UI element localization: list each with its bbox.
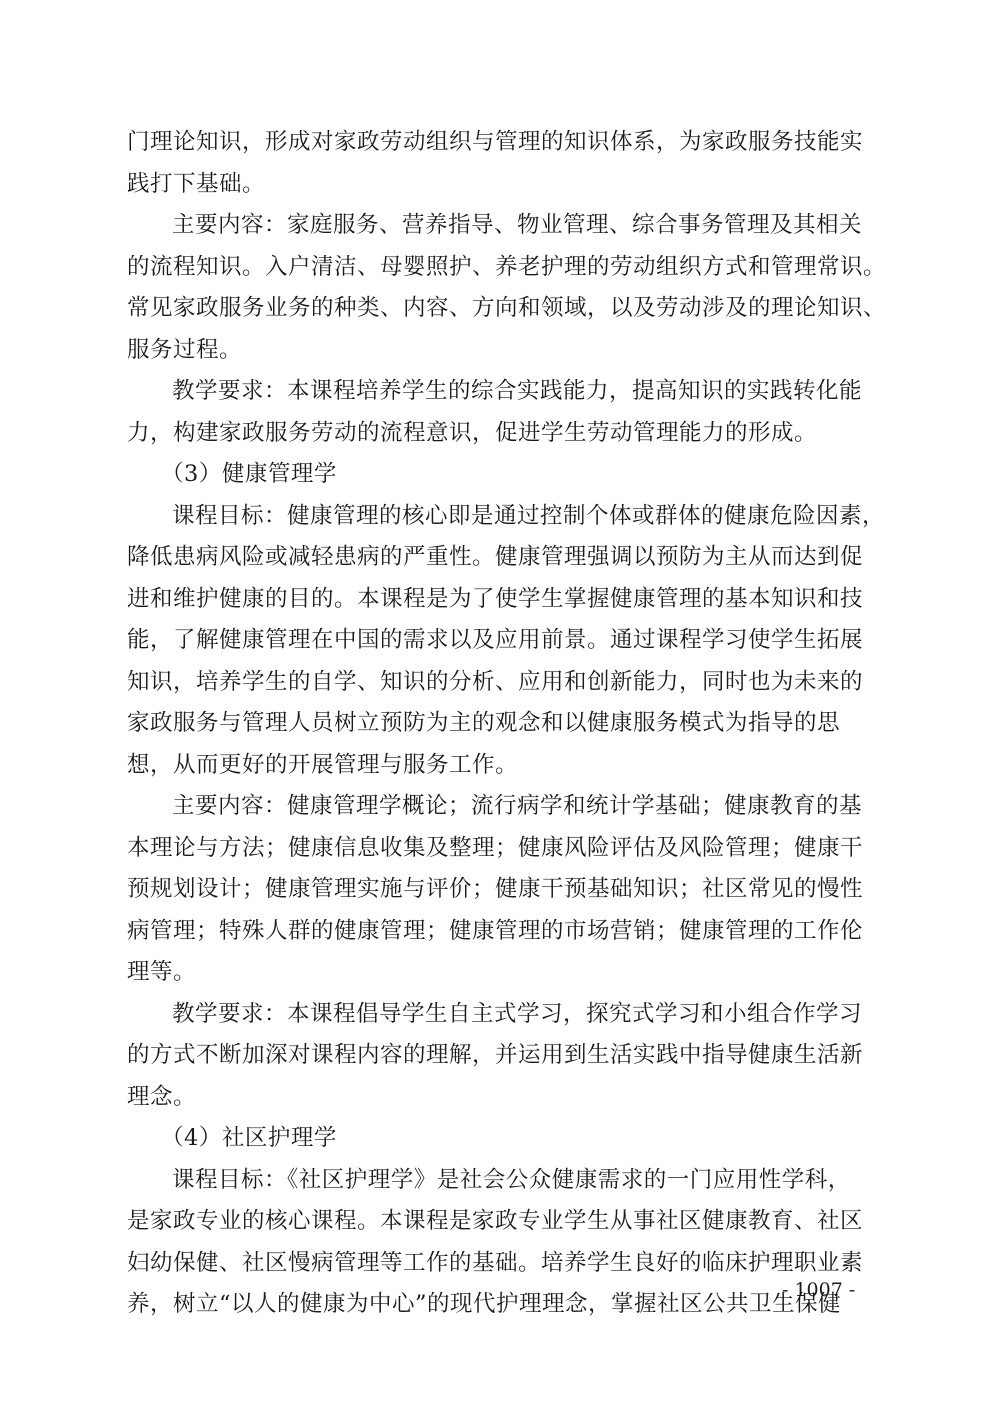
text-line: 知识，培养学生的自学、知识的分析、应用和创新能力，同时也为未来的 <box>127 664 863 700</box>
text-line: 常见家政服务业务的种类、内容、方向和领域，以及劳动涉及的理论知识、 <box>127 290 886 326</box>
text-line: 践打下基础。 <box>127 166 265 202</box>
text-line: 课程目标：健康管理的核心即是通过控制个体或群体的健康危险因素， <box>172 498 885 534</box>
text-line: 理念。 <box>127 1079 196 1115</box>
text-line: 本理论与方法；健康信息收集及整理；健康风险评估及风险管理；健康干 <box>127 830 863 866</box>
text-line: 的流程知识。入户清洁、母婴照护、养老护理的劳动组织方式和管理常识。 <box>127 249 886 285</box>
text-line: 病管理；特殊人群的健康管理；健康管理的市场营销；健康管理的工作伦 <box>127 913 863 949</box>
text-line: 服务过程。 <box>127 332 242 368</box>
text-line: 教学要求：本课程倡导学生自主式学习，探究式学习和小组合作学习 <box>172 996 862 1032</box>
text-line: 是家政专业的核心课程。本课程是家政专业学生从事社区健康教育、社区 <box>127 1203 863 1239</box>
text-line: 课程目标：《社区护理学》是社会公众健康需求的一门应用性学科， <box>172 1162 851 1198</box>
text-line: 降低患病风险或减轻患病的严重性。健康管理强调以预防为主从而达到促 <box>127 539 863 575</box>
text-line: 主要内容：家庭服务、营养指导、物业管理、综合事务管理及其相关 <box>172 207 862 243</box>
text-line: 力，构建家政服务劳动的流程意识，促进学生劳动管理能力的形成。 <box>127 415 817 451</box>
text-line: 理等。 <box>127 954 196 990</box>
text-line: 家政服务与管理人员树立预防为主的观念和以健康服务模式为指导的思 <box>127 705 840 741</box>
section-heading: （3）健康管理学 <box>161 456 337 492</box>
text-line: 能，了解健康管理在中国的需求以及应用前景。通过课程学习使学生拓展 <box>127 622 863 658</box>
text-line: 教学要求：本课程培养学生的综合实践能力，提高知识的实践转化能 <box>172 373 862 409</box>
text-line: 进和维护健康的目的。本课程是为了使学生掌握健康管理的基本知识和技 <box>127 581 863 617</box>
text-line: 门理论知识，形成对家政劳动组织与管理的知识体系，为家政服务技能实 <box>127 124 863 160</box>
section-heading: （4）社区护理学 <box>161 1120 337 1156</box>
page-number: - 1007 - <box>782 1276 855 1304</box>
text-line: 预规划设计；健康管理实施与评价；健康干预基础知识；社区常见的慢性 <box>127 871 863 907</box>
text-line: 的方式不断加深对课程内容的理解，并运用到生活实践中指导健康生活新 <box>127 1037 863 1073</box>
text-line: 想，从而更好的开展管理与服务工作。 <box>127 747 518 783</box>
text-line: 养，树立“以人的健康为中心”的现代护理理念，掌握社区公共卫生保健 <box>127 1286 841 1322</box>
text-line: 妇幼保健、社区慢病管理等工作的基础。培养学生良好的临床护理职业素 <box>127 1245 863 1281</box>
text-line: 主要内容：健康管理学概论；流行病学和统计学基础；健康教育的基 <box>172 788 862 824</box>
